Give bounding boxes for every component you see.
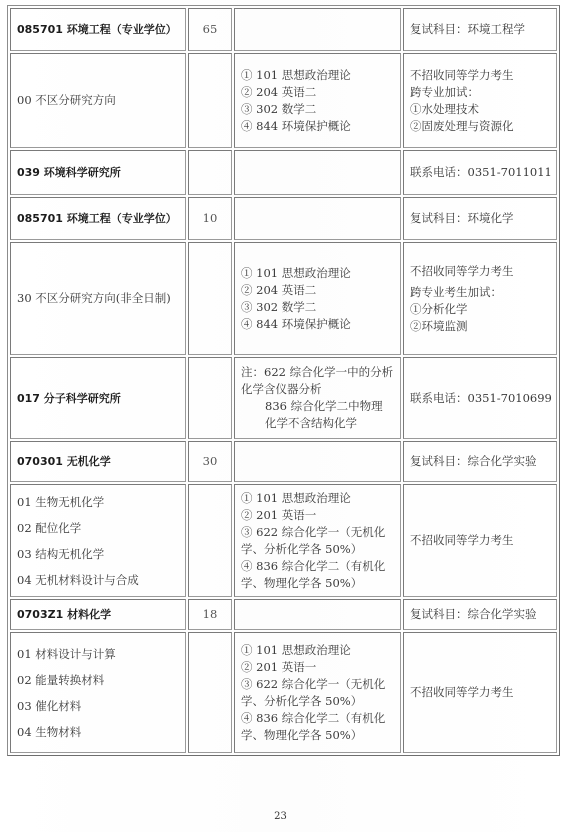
contact-phone: 联系电话：0351-7011011 <box>410 164 550 181</box>
exam-note-cell: 注：622 综合化学一中的分析化学含仪器分析 836 综合化学二中物理化学不含结… <box>234 357 401 439</box>
institute-name: 039 环境科学研究所 <box>17 164 179 181</box>
direction-name: 02 配位化学 <box>17 515 179 541</box>
table-row-major: 0703Z1 材料化学 18 复试科目：综合化学实验 <box>10 599 557 630</box>
remarks-cell: 复试科目：综合化学实验 <box>403 441 557 482</box>
quota-cell <box>188 53 232 148</box>
retest-subject: 复试科目：综合化学实验 <box>410 606 550 623</box>
exam-note-line-1: 注：622 综合化学一中的分析化学含仪器分析 <box>241 364 394 398</box>
exam-subject-1: ① 101 思想政治理论 <box>241 67 394 84</box>
exam-subject-2: ② 201 英语一 <box>241 659 394 676</box>
table-row-major: 070301 无机化学 30 复试科目：综合化学实验 <box>10 441 557 482</box>
direction-name: 02 能量转换材料 <box>17 667 179 693</box>
direction-name: 30 不区分研究方向(非全日制) <box>17 290 179 307</box>
remark-line: ①分析化学 <box>410 301 550 318</box>
remark-line: ①水处理技术 <box>410 101 550 118</box>
institute-cell: 039 环境科学研究所 <box>10 150 186 195</box>
direction-cell: 01 材料设计与计算 02 能量转换材料 03 催化材料 04 生物材料 <box>10 632 186 753</box>
remark-line: ②环境监测 <box>410 318 550 335</box>
quota-cell: 65 <box>188 8 232 51</box>
contact-phone: 联系电话：0351-7010699 <box>410 390 550 407</box>
exam-cell <box>234 8 401 51</box>
remark-line: 跨专业考生加试： <box>410 284 550 301</box>
retest-subject: 复试科目：环境化学 <box>410 210 550 227</box>
exam-cell <box>234 197 401 240</box>
exam-subject-3: ③ 302 数学二 <box>241 299 394 316</box>
table-row-direction: 01 生物无机化学 02 配位化学 03 结构无机化学 04 无机材料设计与合成… <box>10 484 557 597</box>
remarks-cell: 复试科目：环境工程学 <box>403 8 557 51</box>
major-name-cell: 085701 环境工程（专业学位） <box>10 8 186 51</box>
institute-name: 017 分子科学研究所 <box>17 390 179 407</box>
remarks-cell: 不招收同等学力考生 <box>403 484 557 597</box>
direction-name: 00 不区分研究方向 <box>17 92 179 109</box>
table-row-major: 085701 环境工程（专业学位） 10 复试科目：环境化学 <box>10 197 557 240</box>
direction-cell: 01 生物无机化学 02 配位化学 03 结构无机化学 04 无机材料设计与合成 <box>10 484 186 597</box>
remarks-cell: 联系电话：0351-7011011 <box>403 150 557 195</box>
exam-cell: ① 101 思想政治理论 ② 201 英语一 ③ 622 综合化学一（无机化学、… <box>234 632 401 753</box>
exam-subject-4: ④ 836 综合化学二（有机化学、物理化学各 50%） <box>241 558 394 592</box>
major-name: 070301 无机化学 <box>17 453 179 470</box>
table-row-institute: 017 分子科学研究所 注：622 综合化学一中的分析化学含仪器分析 836 综… <box>10 357 557 439</box>
exam-subject-3: ③ 622 综合化学一（无机化学、分析化学各 50%） <box>241 524 394 558</box>
exam-subject-4: ④ 844 环境保护概论 <box>241 118 394 135</box>
table-row-institute: 039 环境科学研究所 联系电话：0351-7011011 <box>10 150 557 195</box>
retest-subject: 复试科目：综合化学实验 <box>410 453 550 470</box>
document-page: 085701 环境工程（专业学位） 65 复试科目：环境工程学 00 不区分研究… <box>0 0 561 832</box>
direction-name: 04 无机材料设计与合成 <box>17 567 179 593</box>
quota-cell: 30 <box>188 441 232 482</box>
exam-cell: ① 101 思想政治理论 ② 204 英语二 ③ 302 数学二 ④ 844 环… <box>234 53 401 148</box>
remarks-cell: 复试科目：综合化学实验 <box>403 599 557 630</box>
remark-line: 不招收同等学力考生 <box>410 684 550 701</box>
quota-cell <box>188 632 232 753</box>
quota-cell: 18 <box>188 599 232 630</box>
retest-subject: 复试科目：环境工程学 <box>410 21 550 38</box>
remark-line: ②固废处理与资源化 <box>410 118 550 135</box>
quota-cell <box>188 357 232 439</box>
exam-subject-2: ② 204 英语二 <box>241 282 394 299</box>
admissions-table: 085701 环境工程（专业学位） 65 复试科目：环境工程学 00 不区分研究… <box>7 5 560 756</box>
remarks-cell: 联系电话：0351-7010699 <box>403 357 557 439</box>
table-row-direction: 30 不区分研究方向(非全日制) ① 101 思想政治理论 ② 204 英语二 … <box>10 242 557 355</box>
remarks-cell: 复试科目：环境化学 <box>403 197 557 240</box>
remark-line: 不招收同等学力考生 <box>410 263 550 280</box>
exam-subject-1: ① 101 思想政治理论 <box>241 642 394 659</box>
quota-value: 18 <box>203 607 218 621</box>
remark-line: 不招收同等学力考生 <box>410 532 550 549</box>
table-row-direction: 00 不区分研究方向 ① 101 思想政治理论 ② 204 英语二 ③ 302 … <box>10 53 557 148</box>
direction-name: 01 生物无机化学 <box>17 489 179 515</box>
exam-subject-3: ③ 622 综合化学一（无机化学、分析化学各 50%） <box>241 676 394 710</box>
direction-name: 03 结构无机化学 <box>17 541 179 567</box>
major-name-cell: 0703Z1 材料化学 <box>10 599 186 630</box>
major-name: 085701 环境工程（专业学位） <box>17 21 179 38</box>
exam-cell: ① 101 思想政治理论 ② 201 英语一 ③ 622 综合化学一（无机化学、… <box>234 484 401 597</box>
exam-cell <box>234 150 401 195</box>
direction-cell: 00 不区分研究方向 <box>10 53 186 148</box>
direction-name: 01 材料设计与计算 <box>17 641 179 667</box>
quota-cell <box>188 150 232 195</box>
quota-value: 30 <box>203 454 218 468</box>
quota-cell <box>188 242 232 355</box>
exam-subject-2: ② 201 英语一 <box>241 507 394 524</box>
exam-cell <box>234 441 401 482</box>
quota-cell <box>188 484 232 597</box>
remarks-cell: 不招收同等学力考生 <box>403 632 557 753</box>
direction-name: 03 催化材料 <box>17 693 179 719</box>
remarks-cell: 不招收同等学力考生 跨专业考生加试： ①分析化学 ②环境监测 <box>403 242 557 355</box>
major-name-cell: 070301 无机化学 <box>10 441 186 482</box>
exam-cell <box>234 599 401 630</box>
exam-subject-4: ④ 844 环境保护概论 <box>241 316 394 333</box>
quota-cell: 10 <box>188 197 232 240</box>
major-name-cell: 085701 环境工程（专业学位） <box>10 197 186 240</box>
major-name: 0703Z1 材料化学 <box>17 606 179 623</box>
quota-value: 65 <box>203 22 218 36</box>
exam-subject-4: ④ 836 综合化学二（有机化学、物理化学各 50%） <box>241 710 394 744</box>
table-row-direction: 01 材料设计与计算 02 能量转换材料 03 催化材料 04 生物材料 ① 1… <box>10 632 557 753</box>
major-name: 085701 环境工程（专业学位） <box>17 210 179 227</box>
remark-line: 不招收同等学力考生 <box>410 67 550 84</box>
remark-line: 跨专业加试： <box>410 84 550 101</box>
direction-name: 04 生物材料 <box>17 719 179 745</box>
institute-cell: 017 分子科学研究所 <box>10 357 186 439</box>
table-row-major: 085701 环境工程（专业学位） 65 复试科目：环境工程学 <box>10 8 557 51</box>
page-number: 23 <box>0 811 561 822</box>
quota-value: 10 <box>203 211 218 225</box>
exam-subject-2: ② 204 英语二 <box>241 84 394 101</box>
exam-note-line-2: 836 综合化学二中物理化学不含结构化学 <box>241 398 394 432</box>
remarks-cell: 不招收同等学力考生 跨专业加试： ①水处理技术 ②固废处理与资源化 <box>403 53 557 148</box>
direction-cell: 30 不区分研究方向(非全日制) <box>10 242 186 355</box>
exam-subject-1: ① 101 思想政治理论 <box>241 265 394 282</box>
exam-cell: ① 101 思想政治理论 ② 204 英语二 ③ 302 数学二 ④ 844 环… <box>234 242 401 355</box>
exam-subject-1: ① 101 思想政治理论 <box>241 490 394 507</box>
exam-subject-3: ③ 302 数学二 <box>241 101 394 118</box>
